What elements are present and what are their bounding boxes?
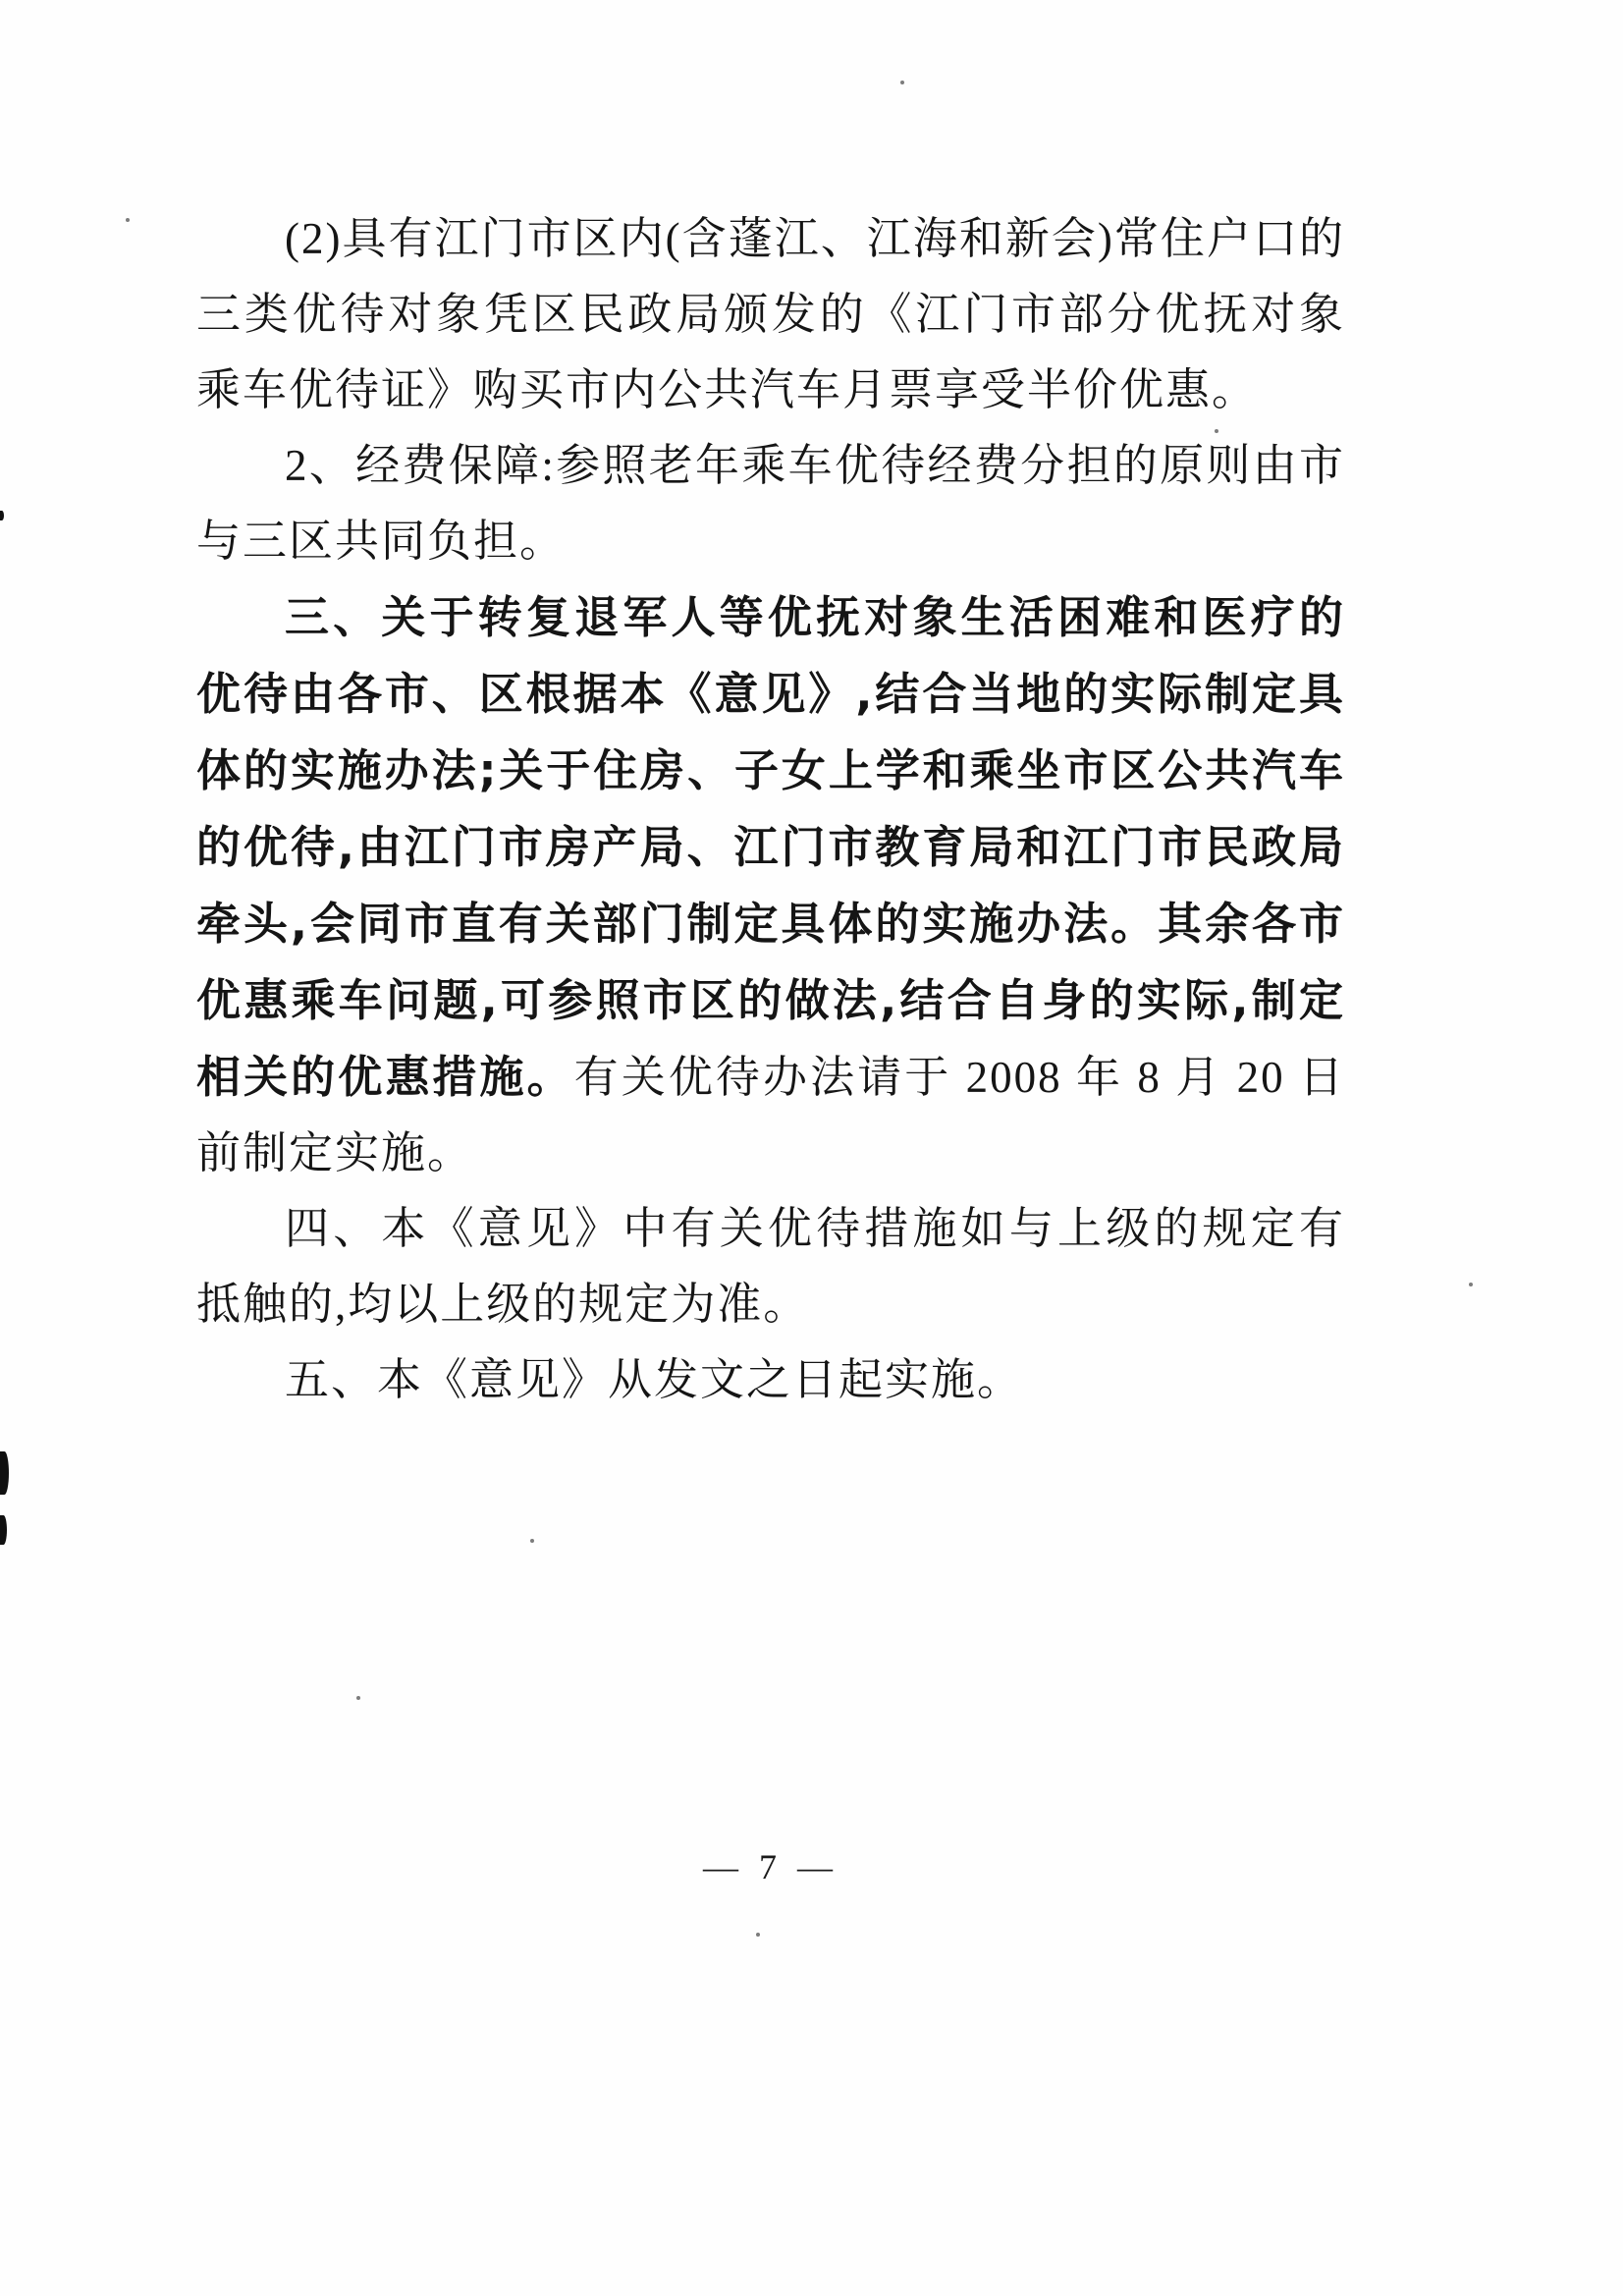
scan-edge-ink-mark: [0, 511, 4, 520]
scan-edge-ink-mark: [0, 1451, 9, 1495]
paragraph-1: (2)具有江门市区内(含蓬江、江海和新会)常住户口的三类优待对象凭区民政局颁发的…: [196, 201, 1345, 428]
paragraph-2-text: 2、经费保障:参照老年乘车优待经费分担的原则由市与三区共同负担。: [196, 441, 1345, 566]
paragraph-4-text: 四、本《意见》中有关优待措施如与上级的规定有抵触的,均以上级的规定为准。: [196, 1204, 1345, 1329]
scan-speck: [1215, 429, 1218, 433]
scan-speck: [530, 1539, 534, 1543]
scan-edge-ink-mark: [0, 1515, 7, 1545]
paragraph-5: 五、本《意见》从发文之日起实施。: [196, 1342, 1345, 1418]
scanned-document-page: (2)具有江门市区内(含蓬江、江海和新会)常住户口的三类优待对象凭区民政局颁发的…: [0, 0, 1623, 2296]
scan-speck: [900, 81, 904, 84]
page-number: — 7 —: [196, 1846, 1345, 1887]
scan-speck: [126, 218, 130, 222]
paragraph-3-bold-text: 三、关于转复退军人等优抚对象生活困难和医疗的优待由各市、区根据本《意见》,结合当…: [196, 591, 1345, 1103]
paragraph-1-text: (2)具有江门市区内(含蓬江、江海和新会)常住户口的三类优待对象凭区民政局颁发的…: [196, 214, 1345, 414]
paragraph-2: 2、经费保障:参照老年乘车优待经费分担的原则由市与三区共同负担。: [196, 428, 1345, 579]
document-body: (2)具有江门市区内(含蓬江、江海和新会)常住户口的三类优待对象凭区民政局颁发的…: [196, 201, 1345, 1418]
paragraph-3: 三、关于转复退军人等优抚对象生活困难和医疗的优待由各市、区根据本《意见》,结合当…: [196, 579, 1345, 1191]
paragraph-5-text: 五、本《意见》从发文之日起实施。: [285, 1355, 1023, 1404]
paragraph-4: 四、本《意见》中有关优待措施如与上级的规定有抵触的,均以上级的规定为准。: [196, 1191, 1345, 1342]
scan-speck: [356, 1696, 360, 1700]
scan-speck: [1469, 1283, 1473, 1286]
scan-speck: [756, 1933, 760, 1937]
